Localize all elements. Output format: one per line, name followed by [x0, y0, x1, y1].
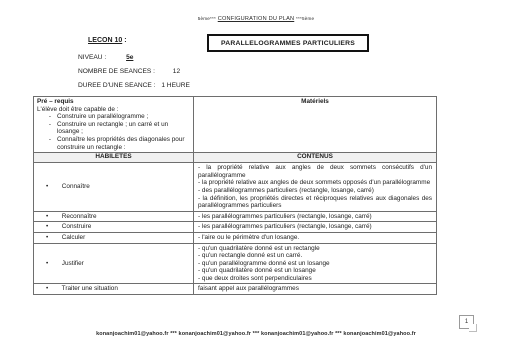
meta-duree: DUREE D'UNE SEANCE : 1 HEURE [78, 82, 190, 89]
meta-niveau-label: NIVEAU : [78, 54, 106, 61]
lesson-title: PARALLELOGRAMMES PARTICULIERS [221, 40, 355, 47]
contenu-line: - qu'un rectangle donné est un carré. [198, 252, 432, 260]
header-prefix: 5ème*** [198, 16, 216, 21]
lesson-number: LECON 10 [88, 37, 122, 44]
lesson-colon: : [124, 37, 126, 44]
contenus-cell: faisant appel aux parallélogrammes [194, 284, 437, 295]
document-page: 5ème*** CONFIGURATION DU PLAN ***5ème LE… [0, 0, 512, 362]
lesson-title-box: PARALLELOGRAMMES PARTICULIERS [207, 34, 369, 52]
dash-marker: - [43, 136, 57, 151]
habilete-cell: • Justifier [34, 243, 194, 284]
prerequis-item: - Construire un rectangle ; un carré et … [37, 121, 190, 136]
contenus-cell: - qu'un quadrilatère donné est un rectan… [194, 243, 437, 284]
skill-row: • Construire - les parallélogrammes part… [34, 222, 437, 233]
contenus-cell: - les parallélogrammes particuliers (rec… [194, 222, 437, 233]
contenus-cell: - l'aire ou le périmètre d'un losange. [194, 232, 437, 243]
habilete-cell: • Traiter une situation [34, 284, 194, 295]
page-number: 1 [465, 319, 468, 325]
prerequis-cell: Pré – requis L'élève doit être capable d… [34, 97, 194, 153]
habilete-cell: • Calculer [34, 232, 194, 243]
header-suffix: ***5ème [296, 16, 314, 21]
skill-rows: • Connaître - la propriété relative aux … [34, 163, 437, 295]
habilete-label: Traiter une situation [62, 285, 118, 292]
meta-niveau: NIVEAU : 5e [78, 54, 133, 61]
column-header-contenus: CONTENUS [194, 153, 437, 163]
habilete-cell: • Construire [34, 222, 194, 233]
habilete-cell: • Connaître [34, 163, 194, 212]
meta-duree-value: 1 HEURE [161, 82, 190, 89]
column-header-habiletes: HABILETES [34, 153, 194, 163]
contenu-line: - la propriété relative aux angles de de… [198, 164, 432, 179]
contenu-line: - des parallélogrammes particuliers (rec… [198, 187, 432, 195]
prerequis-item: - Connaître les propriétés des diagonale… [37, 136, 190, 151]
contenu-line: faisant appel aux parallélogrammes [198, 285, 432, 293]
contenus-cell: - les parallélogrammes particuliers (rec… [194, 211, 437, 222]
bullet-icon: • [46, 260, 60, 268]
meta-niveau-value: 5e [126, 54, 133, 61]
prerequis-list: - Construire un parallélogramme ; - Cons… [37, 113, 190, 151]
meta-seances-value: 12 [173, 68, 180, 75]
contenu-line: - la propriété relative aux angles de de… [198, 179, 432, 187]
prerequis-title: Pré – requis [37, 98, 190, 106]
page-header: 5ème*** CONFIGURATION DU PLAN ***5ème [0, 16, 512, 22]
contenu-line: - qu'un quadrilatère donné est un rectan… [198, 245, 432, 253]
page-number-box: 1 [459, 315, 474, 329]
contenu-line: - les parallélogrammes particuliers (rec… [198, 213, 432, 221]
skill-row: • Connaître - la propriété relative aux … [34, 163, 437, 212]
prerequis-item-text: Construire un parallélogramme ; [57, 113, 190, 121]
bullet-icon: • [46, 223, 60, 231]
bullet-icon: • [46, 213, 60, 221]
contenu-line: - l'aire ou le périmètre d'un losange. [198, 234, 432, 242]
footer-email-line: konanjoachim01@yahoo.fr *** konanjoachim… [0, 331, 512, 337]
skill-row: • Calculer - l'aire ou le périmètre d'un… [34, 232, 437, 243]
contenu-line: - qu'un quadrilatère donné est un losang… [198, 267, 432, 275]
materiels-cell: Matériels [194, 97, 437, 153]
skill-row: • Justifier - qu'un quadrilatère donné e… [34, 243, 437, 284]
contenu-line: - que deux droites sont perpendiculaires [198, 275, 432, 283]
contenu-line: - qu'un parallélogramme donné est un los… [198, 260, 432, 268]
bullet-icon: • [46, 285, 60, 293]
contenu-line: - les parallélogrammes particuliers (rec… [198, 223, 432, 231]
habilete-label: Calculer [62, 234, 85, 241]
contenus-cell: - la propriété relative aux angles de de… [194, 163, 437, 212]
header-title: CONFIGURATION DU PLAN [218, 16, 295, 22]
dash-marker: - [43, 121, 57, 136]
dash-marker: - [43, 113, 57, 121]
skill-row: • Reconnaître - les parallélogrammes par… [34, 211, 437, 222]
meta-duree-label: DUREE D'UNE SEANCE : [78, 82, 155, 89]
lesson-plan-table: Pré – requis L'élève doit être capable d… [33, 96, 437, 295]
bullet-icon: • [46, 183, 60, 191]
habilete-label: Justifier [62, 260, 84, 267]
prerequis-item: - Construire un parallélogramme ; [37, 113, 190, 121]
meta-seances: NOMBRE DE SEANCES : 12 [78, 68, 180, 75]
habilete-label: Connaître [62, 183, 90, 190]
prerequis-item-text: Construire un rectangle ; un carré et un… [57, 121, 190, 136]
table-header-row: HABILETES CONTENUS [34, 153, 437, 163]
habilete-label: Construire [62, 223, 91, 230]
lesson-label: LECON 10 : [88, 37, 127, 44]
meta-seances-label: NOMBRE DE SEANCES : [78, 68, 155, 75]
habilete-label: Reconnaître [62, 213, 97, 220]
skill-row: • Traiter une situation faisant appel au… [34, 284, 437, 295]
prerequis-item-text: Connaître les propriétés des diagonales … [57, 136, 190, 151]
habilete-cell: • Reconnaître [34, 211, 194, 222]
contenu-line: - la définition, les propriétés directes… [198, 195, 432, 210]
prerequis-row: Pré – requis L'élève doit être capable d… [34, 97, 437, 153]
bullet-icon: • [46, 234, 60, 242]
prerequis-intro: L'élève doit être capable de : [37, 106, 190, 114]
